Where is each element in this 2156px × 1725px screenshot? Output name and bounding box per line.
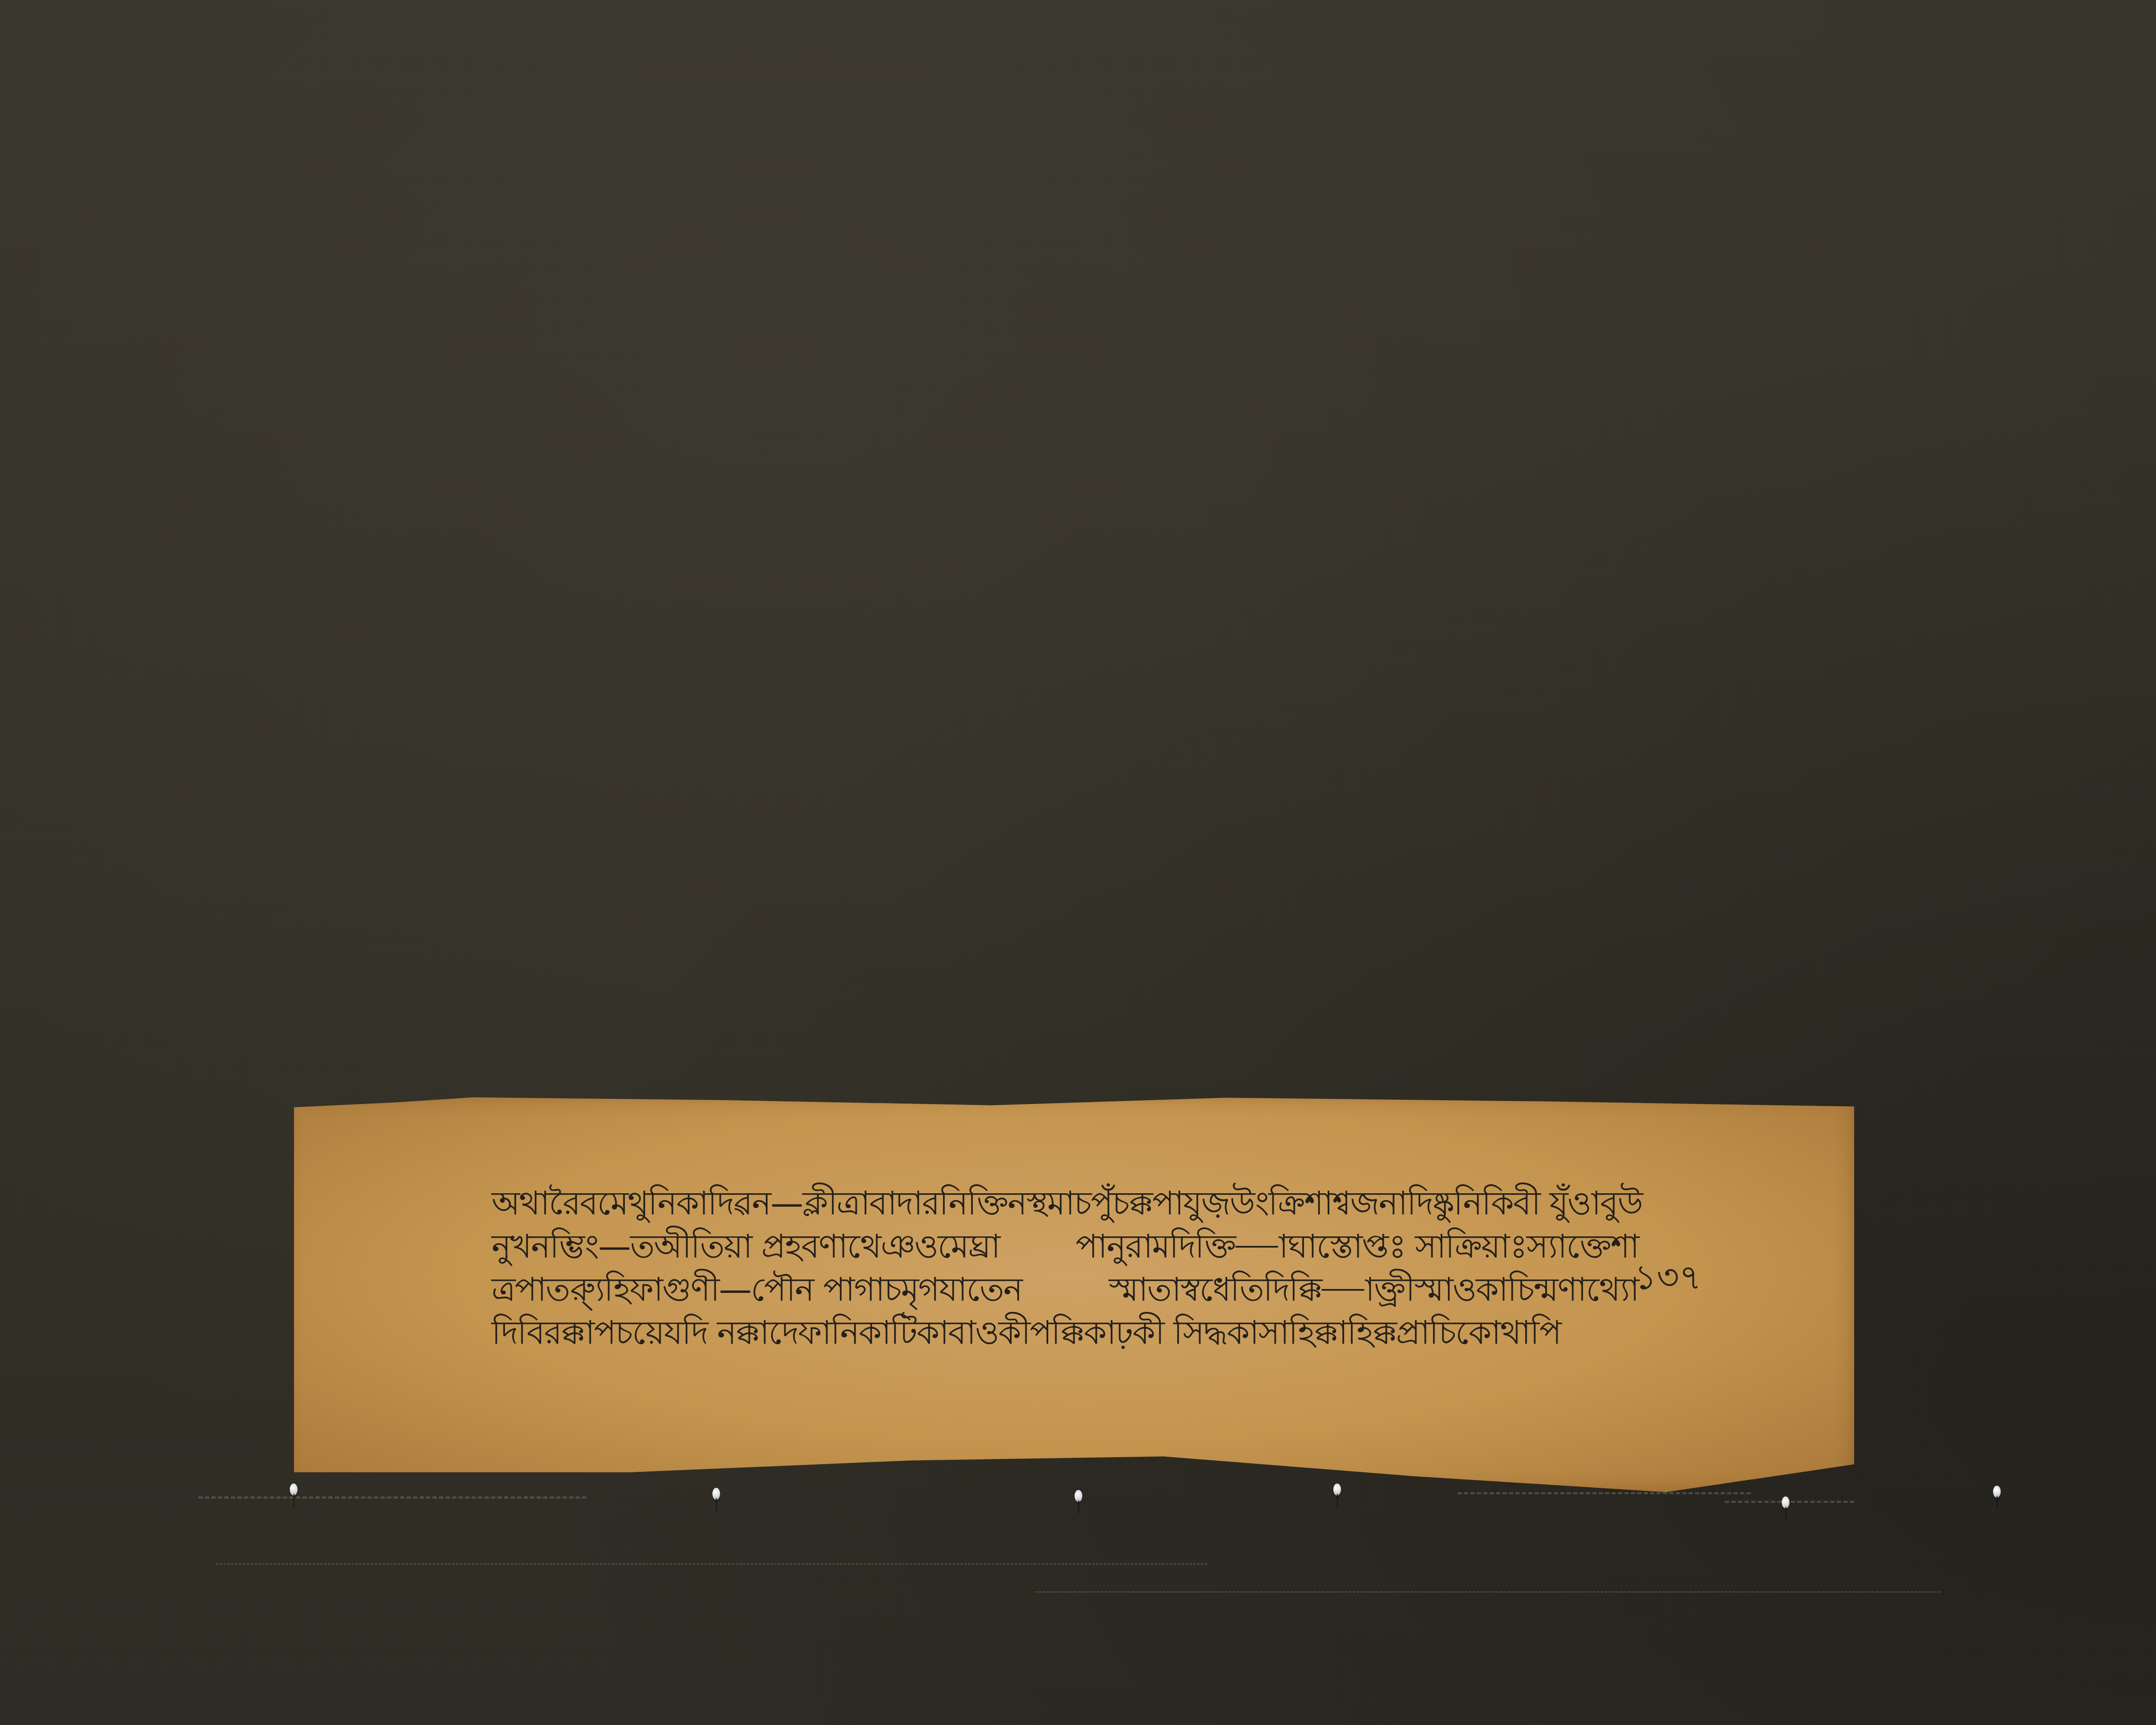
chalk-guide-line [216,1563,1207,1565]
text-line-3: ত্রপাত্র্যুহিফাগুণী—পৌন পাগাচমৃগযাতেন স্… [492,1268,1639,1311]
pin-icon [712,1488,720,1500]
text-line-left: নুখনম্ভিং—তঅীতিয়া প্রহবণাথেঞওমেঘ্রা [492,1225,1000,1268]
chalk-guide-line [1457,1492,1751,1494]
text-line-4: দিবিরক্কাপচয়েযদি নক্কাদেফানিকাটিকাবাওকী… [492,1311,1639,1354]
pin-icon [1782,1496,1789,1509]
chalk-guide-line [198,1496,586,1499]
text-line-left: অথারৈবমেথুনিকাদিৱন—ক্লীত্রাবাদারনিক্তিনস… [492,1182,1642,1225]
text-line-2: নুখনম্ভিং—তঅীতিয়া প্রহবণাথেঞওমেঘ্রা পান… [492,1225,1639,1268]
text-line-left: ত্রপাত্র্যুহিফাগুণী—পৌন পাগাচমৃগযাতেন [492,1268,1022,1311]
text-line-right: পানুরামদিক্তি—াঘাস্তোপ্তঃ সাক্রিয়াঃস্যা… [1076,1225,1639,1268]
text-line-left: দিবিরক্কাপচয়েযদি নক্কাদেফানিকাটিকাবাওকী… [492,1311,1561,1354]
pin-icon [290,1483,298,1496]
pin-icon [1993,1486,2001,1498]
chalk-guide-line [1725,1501,1854,1503]
text-line-1: অথারৈবমেথুনিকাদিৱন—ক্লীত্রাবাদারনিক্তিনস… [492,1182,1639,1225]
folio-number: ১৩৭ [1634,1251,1702,1308]
manuscript-folio: অথারৈবমেথুনিকাদিৱন—ক্লীত্রাবাদারনিক্তিনস… [285,1095,1854,1492]
manuscript-text-block: অথারৈবমেথুনিকাদিৱন—ক্লীত্রাবাদারনিক্তিনস… [492,1182,1639,1354]
pin-icon [1333,1483,1341,1496]
chalk-guide-line [1035,1591,1940,1593]
text-line-right: স্মাতাস্বধেতিদিক্কি—াক্ত্রীস্মাওকাচিন্মণ… [1109,1268,1639,1311]
pin-icon [1075,1490,1082,1502]
